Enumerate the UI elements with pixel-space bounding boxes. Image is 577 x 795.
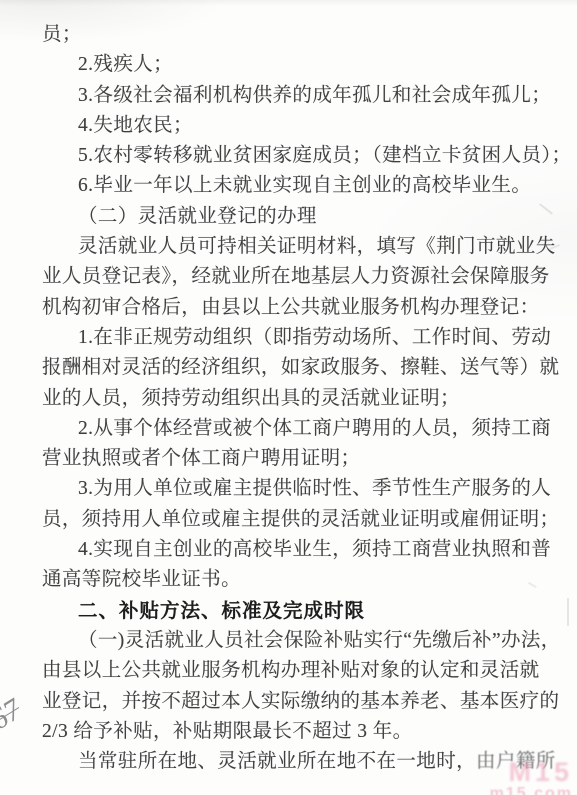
- section-heading-line: 二、补贴方法、标准及完成时限: [42, 596, 564, 626]
- text-line: 4.失地农民；: [42, 111, 564, 141]
- text-line: 报酬相对灵活的经济组织，如家政服务、擦鞋、送气等）就: [42, 353, 564, 383]
- text-line: （一)灵活就业人员社会保险补贴实行“先缴后补”办法，: [42, 626, 564, 656]
- text-line: 6.毕业一年以上未就业实现自主创业的高校毕业生。: [42, 171, 564, 201]
- text-line: 灵活就业人员可持相关证明材料，填写《荆门市就业失: [42, 232, 564, 262]
- text-line: 营业执照或者个体工商户聘用证明；: [42, 444, 564, 474]
- scanned-document-page: 员；2.残疾人；3.各级社会福利机构供养的成年孤儿和社会成年孤儿；4.失地农民；…: [0, 0, 577, 795]
- document-body: 员；2.残疾人；3.各级社会福利机构供养的成年孤儿和社会成年孤儿；4.失地农民；…: [42, 20, 564, 777]
- text-line: 由县以上公共就业服务机构办理补贴对象的认定和灵活就: [42, 656, 564, 686]
- text-line: 1.在非正规劳动组织（即指劳动场所、工作时间、劳动: [42, 323, 564, 353]
- text-line: 员，须持用人单位或雇主提供的灵活就业证明或雇佣证明；: [42, 505, 564, 535]
- text-line: 员；: [42, 20, 564, 50]
- handwritten-margin-note: 67: [0, 693, 28, 738]
- text-line: 2.残疾人；: [42, 50, 564, 80]
- text-line: 业人员登记表》，经就业所在地基层人力资源社会保障服务: [42, 262, 564, 292]
- text-line: 5.农村零转移就业贫困家庭成员；（建档立卡贫困人员）；: [42, 141, 564, 171]
- text-line: 2/3 给予补贴，补贴期限最长不超过 3 年。: [42, 717, 564, 747]
- scan-artifact: [567, 598, 569, 626]
- site-watermark-line2: m15.com: [490, 786, 573, 795]
- site-watermark-line1: M15: [490, 759, 573, 786]
- text-line: 3.各级社会福利机构供养的成年孤儿和社会成年孤儿；: [42, 81, 564, 111]
- text-line: 业登记，并按不超过本人实际缴纳的基本养老、基本医疗的: [42, 687, 564, 717]
- text-line: 4.实现自主创业的高校毕业生，须持工商营业执照和普: [42, 535, 564, 565]
- text-line: 机构初审合格后，由县以上公共就业服务机构办理登记：: [42, 293, 564, 323]
- text-line: 业的人员，须持劳动组织出具的灵活就业证明；: [42, 384, 564, 414]
- text-line: 2.从事个体经营或被个体工商户聘用的人员，须持工商: [42, 414, 564, 444]
- text-line: （二）灵活就业登记的办理: [42, 202, 564, 232]
- text-line: 3.为用人单位或雇主提供临时性、季节性生产服务的人: [42, 474, 564, 504]
- text-line: 通高等院校毕业证书。: [42, 565, 564, 595]
- site-watermark: M15 m15.com: [490, 759, 573, 795]
- text-line: 当常驻所在地、灵活就业所在地不在一地时，由户籍所: [42, 747, 564, 777]
